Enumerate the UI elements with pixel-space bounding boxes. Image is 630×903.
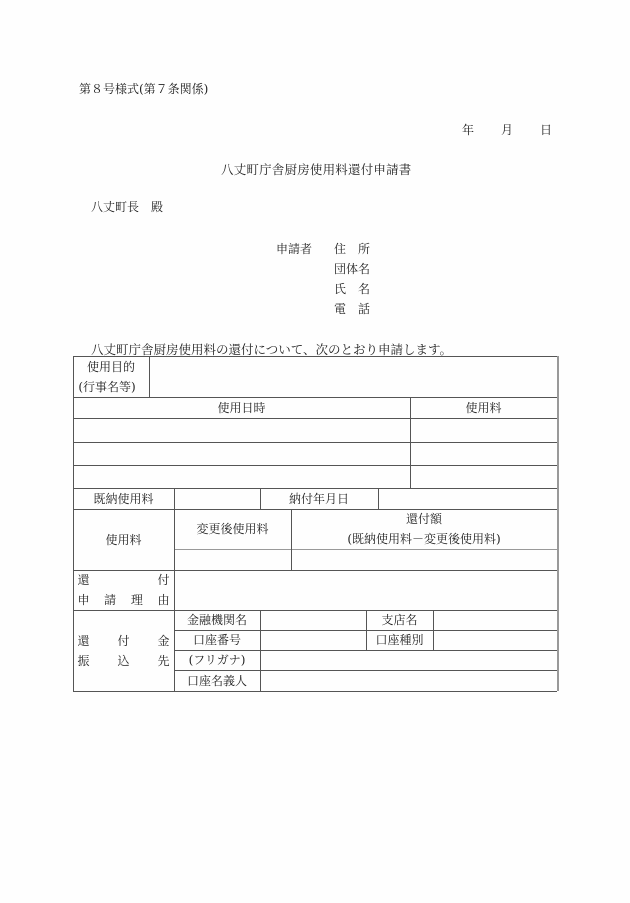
transfer-char: 還 — [78, 631, 90, 651]
usage-fee-input-1[interactable] — [410, 418, 557, 442]
document-title: 八丈町庁舎厨房使用料還付申請書 — [221, 160, 412, 178]
usage-fee-header: 使用料 — [410, 397, 557, 418]
reason-char: 理 — [131, 590, 143, 610]
addressee: 八丈町長 殿 — [91, 198, 163, 215]
applicant-address-label: 住 所 — [334, 240, 370, 257]
reason-char: 還 — [78, 570, 90, 590]
date-year: 年 — [462, 121, 474, 138]
transfer-char: 先 — [157, 651, 169, 671]
date-day: 日 — [540, 121, 552, 138]
refund-reason-label: 還付 申請理由 — [73, 570, 174, 610]
transfer-char: 込 — [117, 651, 129, 671]
purpose-label-line2: (行事名等) — [78, 377, 135, 397]
transfer-char: 付 — [117, 631, 129, 651]
reason-char: 由 — [157, 590, 169, 610]
refund-formula: (既納使用料－変更後使用料) — [347, 529, 500, 549]
application-table: 使用目的 (行事名等) 使用日時 使用料 既納使用料 納付年月日 使用料 変更後… — [73, 356, 557, 691]
usage-datetime-input-2[interactable] — [73, 442, 410, 465]
account-number-label: 口座番号 — [174, 630, 260, 650]
branch-label: 支店名 — [366, 610, 433, 630]
applicant-phone-label: 電 話 — [334, 300, 370, 317]
applicant-name-label: 氏 名 — [334, 280, 370, 297]
usage-fee-input-3[interactable] — [410, 465, 557, 488]
applicant-group-label: 団体名 — [334, 260, 370, 277]
bank-name-input[interactable] — [260, 610, 366, 630]
account-number-input[interactable] — [260, 630, 366, 650]
paid-fee-label: 既納使用料 — [73, 488, 174, 509]
fee-label: 使用料 — [73, 509, 174, 570]
account-holder-input[interactable] — [260, 670, 557, 691]
branch-input[interactable] — [433, 610, 557, 630]
transfer-destination-label: 還付金 振込先 — [73, 610, 174, 691]
refund-reason-input[interactable] — [174, 570, 557, 610]
refund-amount-label: 還付額 — [406, 509, 442, 529]
changed-fee-label: 変更後使用料 — [174, 509, 291, 549]
account-type-input[interactable] — [433, 630, 557, 650]
paid-fee-input[interactable] — [174, 488, 260, 509]
bank-name-label: 金融機関名 — [174, 610, 260, 630]
purpose-input[interactable] — [150, 356, 557, 397]
usage-datetime-input-1[interactable] — [73, 418, 410, 442]
refund-amount-input[interactable] — [291, 549, 557, 570]
furigana-label: (フリガナ) — [174, 650, 260, 670]
furigana-input[interactable] — [260, 650, 557, 670]
transfer-char: 金 — [157, 631, 169, 651]
form-number: 第８号様式(第７条関係) — [79, 80, 208, 97]
payment-date-input[interactable] — [378, 488, 557, 509]
account-type-label: 口座種別 — [366, 630, 433, 650]
payment-date-label: 納付年月日 — [260, 488, 378, 509]
purpose-label-line1: 使用目的 — [87, 357, 135, 377]
reason-char: 付 — [157, 570, 169, 590]
reason-char: 請 — [104, 590, 116, 610]
applicant-label: 申請者 — [276, 240, 312, 257]
date-month: 月 — [501, 121, 513, 138]
refund-amount-header: 還付額 (既納使用料－変更後使用料) — [291, 509, 557, 549]
account-holder-label: 口座名義人 — [174, 670, 260, 691]
purpose-label: 使用目的 (行事名等) — [73, 356, 149, 397]
reason-char: 申 — [78, 590, 90, 610]
transfer-char: 振 — [78, 651, 90, 671]
changed-fee-input[interactable] — [174, 549, 291, 570]
usage-datetime-header: 使用日時 — [73, 397, 410, 418]
usage-fee-input-2[interactable] — [410, 442, 557, 465]
usage-datetime-input-3[interactable] — [73, 465, 410, 488]
